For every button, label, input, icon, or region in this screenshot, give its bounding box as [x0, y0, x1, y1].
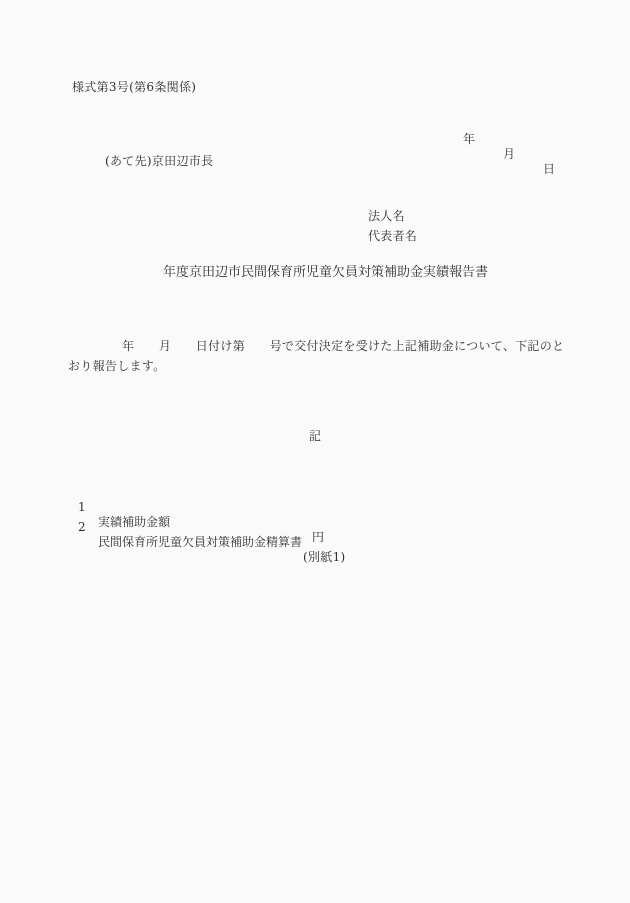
- month-label: 月: [503, 147, 515, 162]
- attachment-note: (別紙1): [303, 550, 346, 565]
- issue-date-line: 年 月 日: [0, 117, 630, 133]
- amount-unit-label: 円: [312, 530, 324, 545]
- addressee: (あて先)京田辺市長: [105, 154, 213, 169]
- body-paragraph-line-2: おり報告します。: [68, 359, 165, 374]
- day-label: 日: [543, 162, 555, 177]
- form-number: 様式第3号(第6条関係): [72, 80, 196, 95]
- list-item-subsidy-amount: 1 実績補助金額 円: [0, 485, 630, 501]
- representative-name-label: 代表者名: [368, 229, 417, 244]
- document-title: 年度京田辺市民間保育所児童欠員対策補助金実績報告書: [163, 265, 488, 281]
- year-label: 年: [463, 132, 475, 147]
- corporation-name-label: 法人名: [368, 209, 405, 224]
- record-heading: 記: [0, 429, 630, 444]
- item-number: 2: [78, 520, 86, 535]
- item-label: 民間保育所児童欠員対策補助金精算書: [98, 535, 302, 550]
- list-item-statement: 2 民間保育所児童欠員対策補助金精算書 (別紙1): [0, 505, 630, 521]
- body-paragraph-line-1: 年 月 日付け第 号で交付決定を受けた上記補助金について、下記のと: [122, 339, 564, 354]
- document-page: 様式第3号(第6条関係) 年 月 日 (あて先)京田辺市長 法人名 代表者名 年…: [0, 0, 630, 903]
